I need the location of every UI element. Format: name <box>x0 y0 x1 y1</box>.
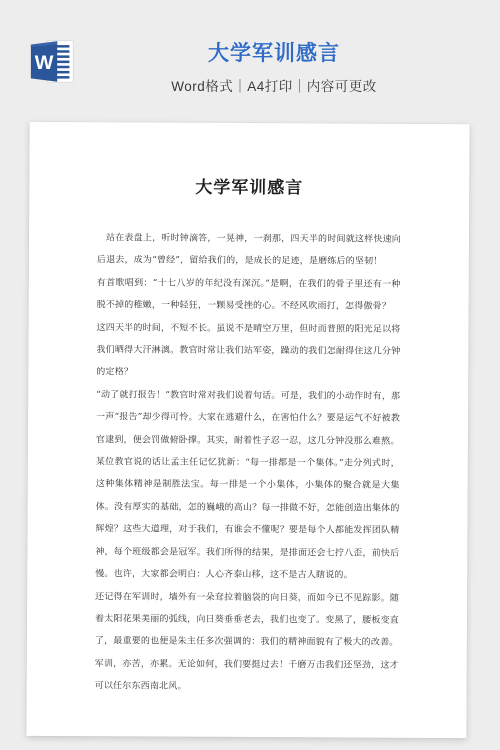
document-paragraph: 某位教官说的话让孟主任记忆犹新：“每一排都是一个集体。”走分列式时，这种集体精神… <box>95 451 400 587</box>
header: W 大学军训感言 Word格式｜A4打印｜内容可更改 <box>0 0 500 120</box>
document-paragraph: 这四天半的时间，不短不长。虽说不是晴空万里，但时而普照的阳光足以将我们晒得大汗淋… <box>96 317 400 386</box>
document-body: 站在表盘上，听时钟滴答，一晃神，一刹那，四天半的时间就这样快速向后退去，成为“曾… <box>95 227 401 699</box>
document-preview-page: 大学军训感言 站在表盘上，听时钟滴答，一晃神，一刹那，四天半的时间就这样快速向后… <box>26 122 469 738</box>
document-paragraph: 军训，亦苦，亦累。无论如何，我们要挺过去！千磨万击我们还坚劲，这才可以任尔东西南… <box>95 653 399 699</box>
svg-text:W: W <box>35 52 54 74</box>
word-icon: W <box>29 38 76 85</box>
page-subtitle: Word格式｜A4打印｜内容可更改 <box>48 75 500 95</box>
page-title: 大学军训感言 <box>48 42 500 66</box>
document-title: 大学军训感言 <box>29 172 469 199</box>
document-paragraph: 还记得在军训时，墙外有一朵耷拉着脑袋的向日葵，而如今已不见踪影。随着太阳花果美丽… <box>95 586 399 655</box>
document-paragraph: 站在表盘上，听时钟滴答，一晃神，一刹那，四天半的时间就这样快速向后退去，成为“曾… <box>97 227 401 273</box>
document-paragraph: “动了就打报告！”教官时常对我们说着句话。可是，我们的小动作时有，那一声“报告”… <box>96 384 400 453</box>
document-paragraph: 有首歌唱到：“十七八岁的年纪没有深沉。”是啊，在我们的骨子里还有一种脱不掉的稚嫩… <box>97 272 401 318</box>
